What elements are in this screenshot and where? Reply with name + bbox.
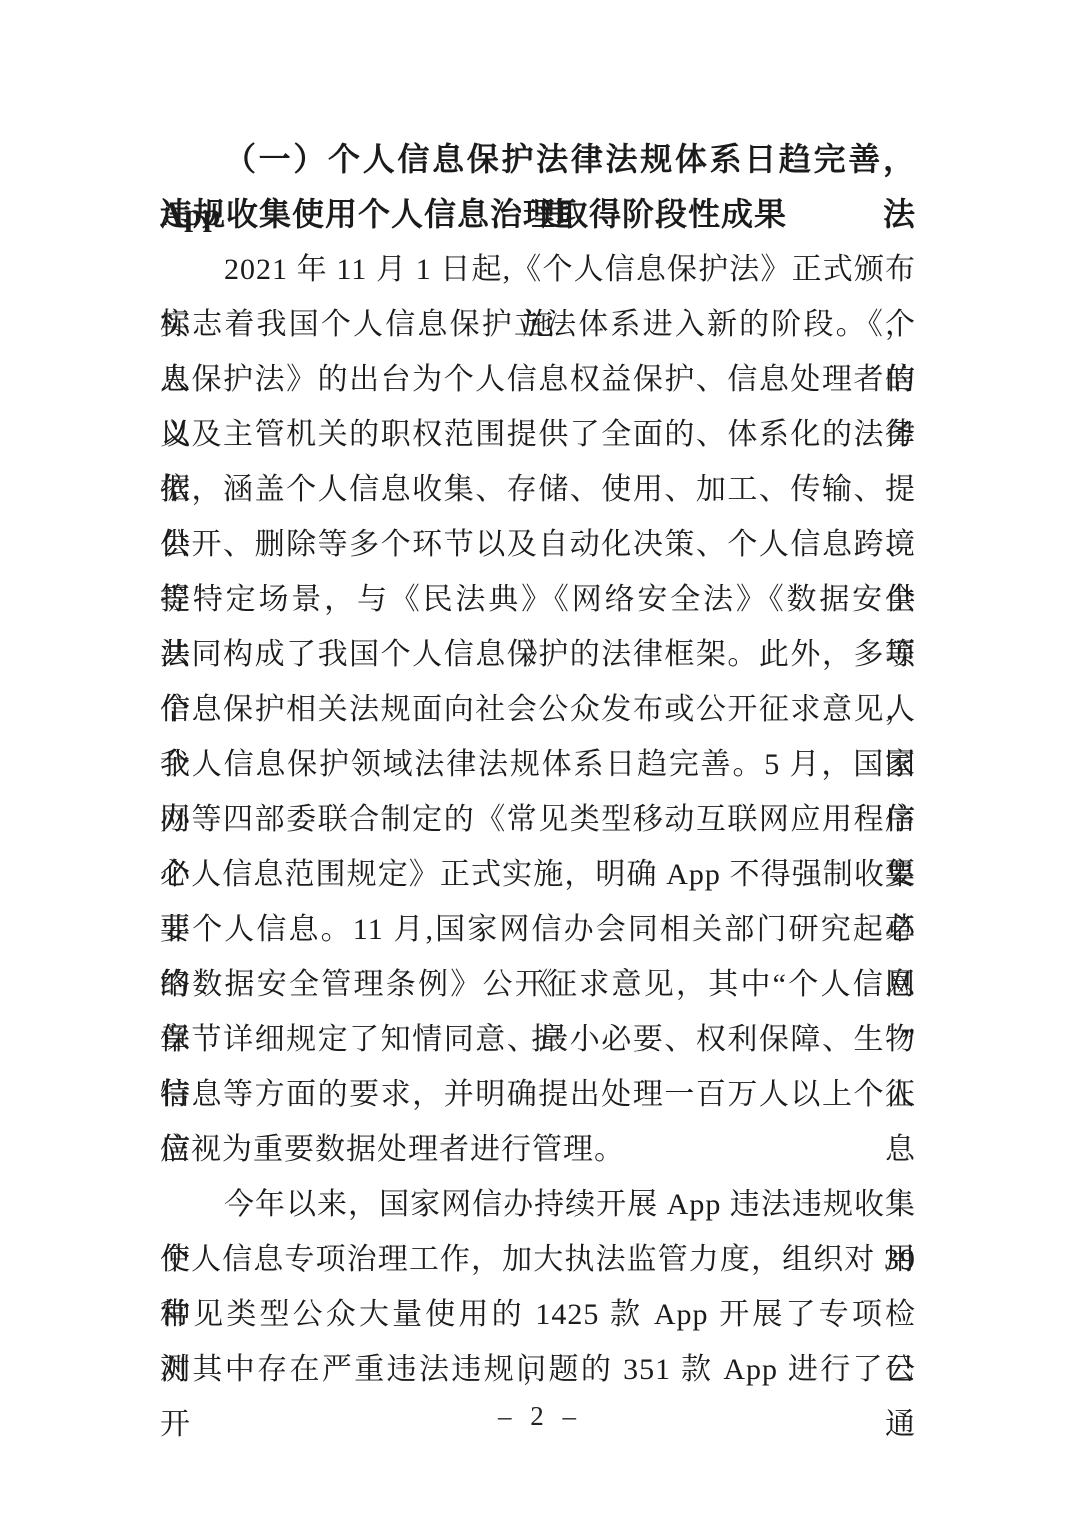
paragraph-legal-framework: 2021 年 11 月 1 日起,《个人信息保护法》正式颁布实施， 标志着我国个… [160, 242, 916, 1177]
section-heading: （一）个人信息保护法律法规体系日趋完善，App 违法 违规收集使用个人信息治理取… [160, 132, 916, 242]
text-line: 信息等方面的要求，并明确提出处理一百万人以上个人信息 [160, 1067, 916, 1122]
text-line: 要个人信息。11 月,国家网信办会同相关部门研究起草的《网 [160, 902, 916, 957]
section-heading-line: （一）个人信息保护法律法规体系日趋完善，App 违法 [160, 132, 916, 187]
text-line: 章节详细规定了知情同意、最小必要、权利保障、生物特征 [160, 1012, 916, 1067]
text-line: 据，涵盖个人信息收集、存储、使用、加工、传输、提供、 [160, 462, 916, 517]
paragraph-app-governance: 今年以来，国家网信办持续开展 App 违法违规收集使用 个人信息专项治理工作，加… [160, 1177, 916, 1397]
text-line: 常见类型公众大量使用的 1425 款 App 开展了专项检测，已 [160, 1287, 916, 1342]
page-content: （一）个人信息保护法律法规体系日趋完善，App 违法 违规收集使用个人信息治理取… [160, 132, 916, 1397]
text-line: 个人信息保护领域法律法规体系日趋完善。5 月，国家网信 [160, 737, 916, 792]
text-line: 公开、删除等多个环节以及自动化决策、个人信息跨境提供 [160, 517, 916, 572]
text-line: 今年以来，国家网信办持续开展 App 违法违规收集使用 [160, 1177, 916, 1232]
text-line: 2021 年 11 月 1 日起,《个人信息保护法》正式颁布实施， [160, 242, 916, 297]
text-line: 个人信息专项治理工作，加大执法监管力度，组织对 39 种 [160, 1232, 916, 1287]
text-line: 办等四部委联合制定的《常见类型移动互联网应用程序必要 [160, 792, 916, 847]
text-line: 对其中存在严重违法违规问题的 351 款 App 进行了公开通 [160, 1342, 916, 1397]
text-line: 等特定场景，与《民法典》《网络安全法》《数据安全法》等 [160, 572, 916, 627]
text-line: 息保护法》的出台为个人信息权益保护、信息处理者的义务 [160, 352, 916, 407]
document-page: （一）个人信息保护法律法规体系日趋完善，App 违法 违规收集使用个人信息治理取… [0, 0, 1080, 1526]
text-line: 标志着我国个人信息保护立法体系进入新的阶段。《个人信 [160, 297, 916, 352]
text-line: 共同构成了我国个人信息保护的法律框架。此外，多项个人 [160, 627, 916, 682]
text-line: 个人信息范围规定》正式实施，明确 App 不得强制收集非必 [160, 847, 916, 902]
page-number: – 2 – [0, 1396, 1080, 1436]
text-line: 以及主管机关的职权范围提供了全面的、体系化的法律依 [160, 407, 916, 462]
text-line: 络数据安全管理条例》公开征求意见，其中“个人信息保护” [160, 957, 916, 1012]
text-line: 信息保护相关法规面向社会公众发布或公开征求意见，我国 [160, 682, 916, 737]
